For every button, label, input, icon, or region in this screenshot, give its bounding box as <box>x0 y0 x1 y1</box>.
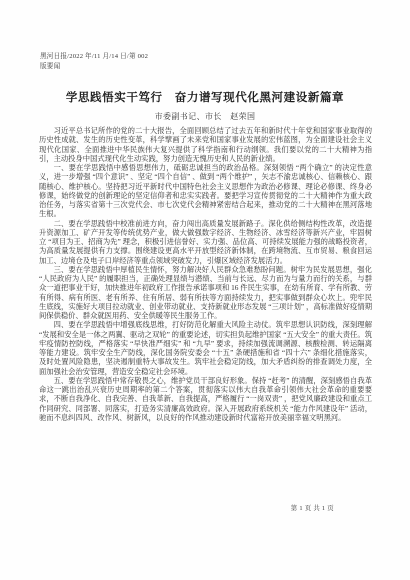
newspaper-source-header: 黑河日报/2022 年/11 月/14 日/第 002 版要闻 <box>40 52 148 71</box>
newspaper-source-line1: 黑河日报/2022 年/11 月/14 日/第 002 <box>40 52 148 62</box>
page-number-footer: 第 1 页 共 1 页 <box>291 503 334 512</box>
document-page: 黑河日报/2022 年/11 月/14 日/第 002 版要闻 学思践悟实干笃行… <box>0 0 410 580</box>
article-title: 学思践悟实干笃行 奋力谱写现代化黑河建设新篇章 <box>0 89 410 105</box>
article-paragraph: 习近平总书记所作的党的二十大报告，全面回顾总结了过去五年和新时代十年党和国家事业… <box>39 126 372 163</box>
article-paragraph: 三、要在学思践悟中厚植民生情怀，努力解决好人民群众急难愁盼问题。树牢为民发展思想… <box>39 265 372 321</box>
article-paragraph: 五、要在学思践悟中常存敬畏之心，维护党员干部良好形象。保持 “赶考” 的清醒，深… <box>39 376 372 422</box>
article-paragraph: 四、要在学思践悟中增强底线思维，打好防范化解重大风险主动仗。筑牢思想认识防线，深… <box>39 320 372 376</box>
article-byline: 市委副书记、市长 赵荣国 <box>0 111 410 122</box>
article-paragraph: 一、要在学思践悟中感悟思想伟力，砥砺忠诚担当的政治品格。深刻领悟 “两个确立” … <box>39 163 372 219</box>
article-paragraph: 二、要在学思践悟中校准前进方向，奋力闯出高质量发展新路子。深化供给侧结构性改革，… <box>39 219 372 265</box>
newspaper-source-line2: 版要闻 <box>40 62 148 72</box>
article-body: 习近平总书记所作的党的二十大报告，全面回顾总结了过去五年和新时代十年党和国家事业… <box>39 126 372 422</box>
